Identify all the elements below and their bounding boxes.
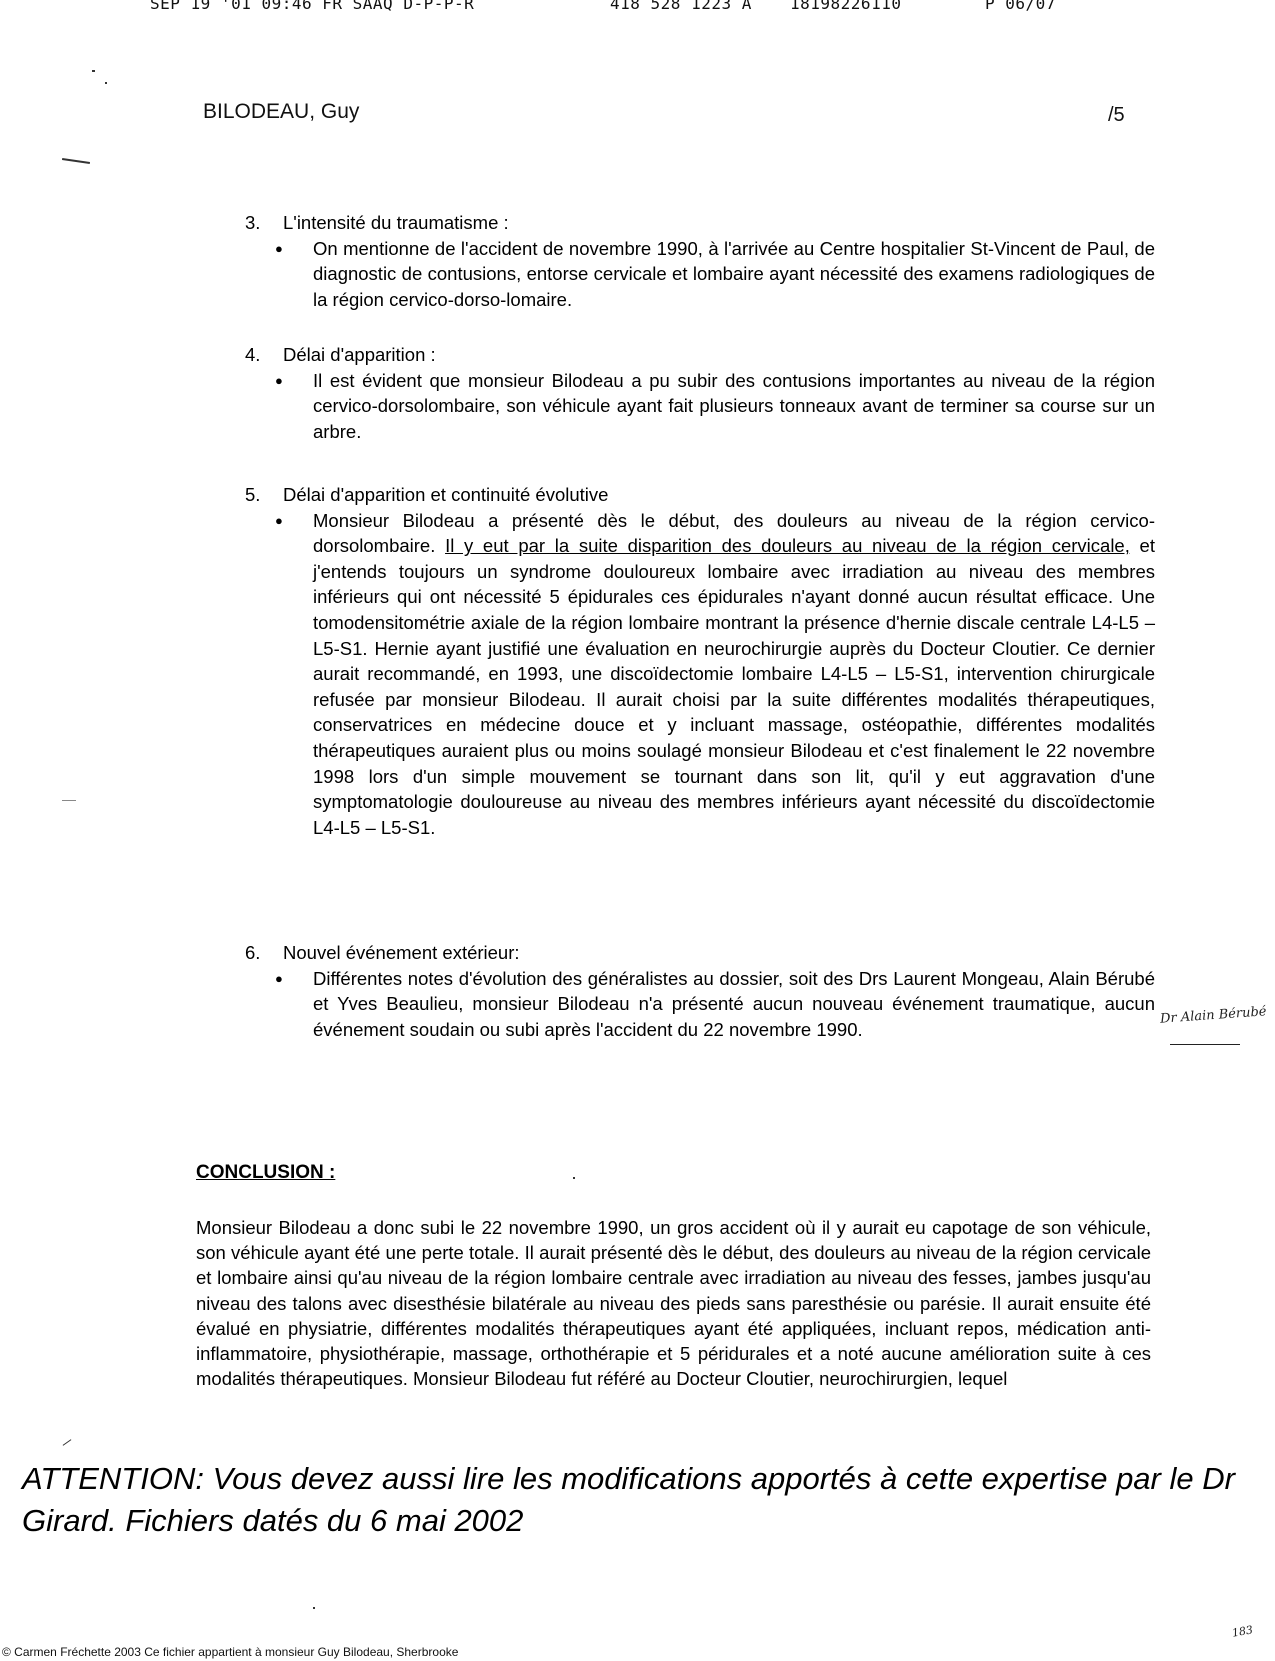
section-3: 3. L'intensité du traumatisme : ● On men… xyxy=(245,210,1155,312)
attention-note: ATTENTION: Vous devez aussi lire les mod… xyxy=(22,1458,1252,1542)
conclusion-body: Monsieur Bilodeau a donc subi le 22 nove… xyxy=(196,1215,1151,1391)
section-title: L'intensité du traumatisme : xyxy=(283,210,509,236)
conclusion-title: CONCLUSION : xyxy=(196,1162,335,1184)
section-number: 5. xyxy=(245,482,283,508)
bullet-icon: ● xyxy=(275,508,313,841)
section-5: 5. Délai d'apparition et continuité évol… xyxy=(245,482,1155,840)
bullet-icon: ● xyxy=(275,368,313,445)
bullet-text-part2: et j'entends toujours un syndrome doulou… xyxy=(313,535,1155,838)
section-heading: 6. Nouvel événement extérieur: xyxy=(245,940,1155,966)
scan-mark xyxy=(62,800,76,801)
handwritten-page-stamp: 183 xyxy=(1231,1623,1254,1639)
bullet-text: Il est évident que monsieur Bilodeau a p… xyxy=(313,368,1155,445)
scan-speck xyxy=(105,82,107,84)
section-number: 4. xyxy=(245,342,283,368)
section-heading: 5. Délai d'apparition et continuité évol… xyxy=(245,482,1155,508)
bullet-icon: ● xyxy=(275,966,313,1043)
bullet-item: ● Monsieur Bilodeau a présenté dès le dé… xyxy=(275,508,1155,841)
section-title: Délai d'apparition et continuité évoluti… xyxy=(283,482,608,508)
fax-phone: 418 528 1223 A xyxy=(610,0,752,13)
section-title: Délai d'apparition : xyxy=(283,342,436,368)
section-title: Nouvel événement extérieur: xyxy=(283,940,520,966)
bullet-item: ● Différentes notes d'évolution des géné… xyxy=(275,966,1155,1043)
scan-mark xyxy=(62,158,90,164)
bullet-item: ● On mentionne de l'accident de novembre… xyxy=(275,236,1155,313)
section-heading: 4. Délai d'apparition : xyxy=(245,342,1155,368)
copyright-footer: © Carmen Fréchette 2003 Ce fichier appar… xyxy=(2,1645,458,1659)
signature-line xyxy=(1170,1044,1240,1045)
section-number: 6. xyxy=(245,940,283,966)
bullet-item: ● Il est évident que monsieur Bilodeau a… xyxy=(275,368,1155,445)
section-heading: 3. L'intensité du traumatisme : xyxy=(245,210,1155,236)
fax-to-number: 18198226110 xyxy=(790,0,901,13)
bullet-text: Monsieur Bilodeau a présenté dès le débu… xyxy=(313,508,1155,841)
scan-mark xyxy=(63,1439,72,1446)
page-marker: /5 xyxy=(1108,104,1125,127)
bullet-icon: ● xyxy=(275,236,313,313)
section-number: 3. xyxy=(245,210,283,236)
scan-speck xyxy=(573,1177,575,1179)
fax-timestamp: SEP 19 '01 09:46 FR SAAQ D-P-P-R xyxy=(150,0,474,13)
scan-speck xyxy=(313,1607,315,1609)
handwritten-signature: Dr Alain Bérubé xyxy=(1160,1004,1267,1026)
underlined-passage: Il y eut par la suite disparition des do… xyxy=(445,535,1130,556)
section-6: 6. Nouvel événement extérieur: ● Différe… xyxy=(245,940,1155,1042)
section-4: 4. Délai d'apparition : ● Il est évident… xyxy=(245,342,1155,444)
bullet-text: On mentionne de l'accident de novembre 1… xyxy=(313,236,1155,313)
fax-page: P 06/07 xyxy=(985,0,1056,13)
bullet-text: Différentes notes d'évolution des généra… xyxy=(313,966,1155,1043)
scan-speck xyxy=(92,70,95,72)
fax-header: SEP 19 '01 09:46 FR SAAQ D-P-P-R 418 528… xyxy=(0,0,1275,16)
patient-name: BILODEAU, Guy xyxy=(203,100,359,124)
